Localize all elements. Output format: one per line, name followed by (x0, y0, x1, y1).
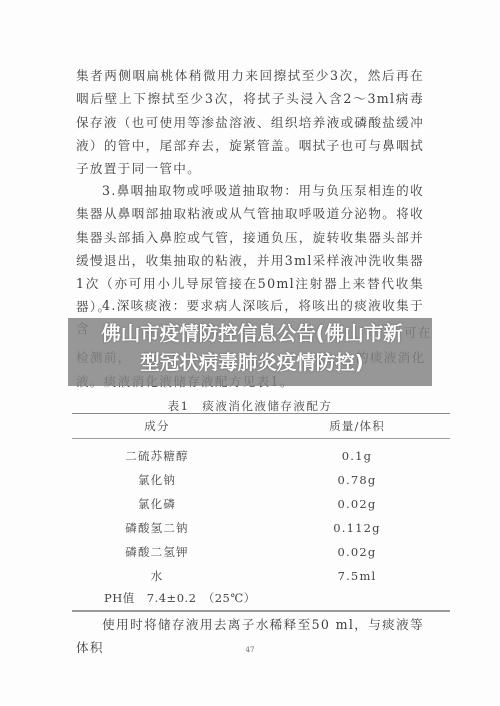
cell-amount: 0.78g (282, 468, 432, 492)
cell-component: 二硫苏糖醇 (72, 444, 242, 468)
table-row: 磷酸氢二钠 0.112g (72, 516, 450, 540)
table-row: 磷酸二氢钾 0.02g (72, 540, 450, 564)
cell-component: 磷酸氢二钠 (72, 516, 242, 540)
column-header-amount: 质量/体积 (282, 414, 432, 438)
cell-amount: 7.5ml (282, 564, 432, 588)
table-row: 氯化钠 0.78g (72, 468, 450, 492)
paragraph-throat-swab: 集者两侧咽扁桃体稍微用力来回擦拭至少3次，然后再在咽后壁上下擦拭至少3次，将拭子… (76, 64, 424, 180)
table-header-row: 成分 质量/体积 (72, 414, 450, 438)
cell-component: 水 (72, 564, 242, 588)
table-header-rule (72, 438, 450, 439)
cell-component: 磷酸二氢钾 (72, 540, 242, 564)
cell-component: 氯化磷 (72, 492, 242, 516)
table-footer-ph: PH值 7.4±0.2 （25℃） (104, 590, 256, 606)
overlay-title: 佛山市疫情防控信息公告(佛山市新 型冠状病毒肺炎疫情防控) (68, 319, 432, 377)
cell-amount: 0.1g (282, 444, 432, 468)
cell-amount: 0.02g (282, 492, 432, 516)
table-caption: 表1 痰液消化液储存液配方 (0, 398, 500, 414)
cell-amount: 0.02g (282, 540, 432, 564)
document-page: 集者两侧咽扁桃体稍微用力来回擦拭至少3次，然后再在咽后壁上下擦拭至少3次，将拭子… (0, 0, 500, 706)
table-row: 二硫苏糖醇 0.1g (72, 444, 450, 468)
cell-component: 氯化钠 (72, 468, 242, 492)
table-bottom-rule (72, 610, 450, 612)
page-number: 47 (0, 646, 500, 654)
cell-amount: 0.112g (282, 516, 432, 540)
table-row: 水 7.5ml (72, 564, 450, 588)
table-row: 氯化磷 0.02g (72, 492, 450, 516)
column-header-component: 成分 (72, 414, 242, 438)
overlay-title-line-2: 型冠状病毒肺炎疫情防控) (72, 348, 432, 377)
overlay-title-line-1: 佛山市疫情防控信息公告(佛山市新 (72, 319, 432, 348)
